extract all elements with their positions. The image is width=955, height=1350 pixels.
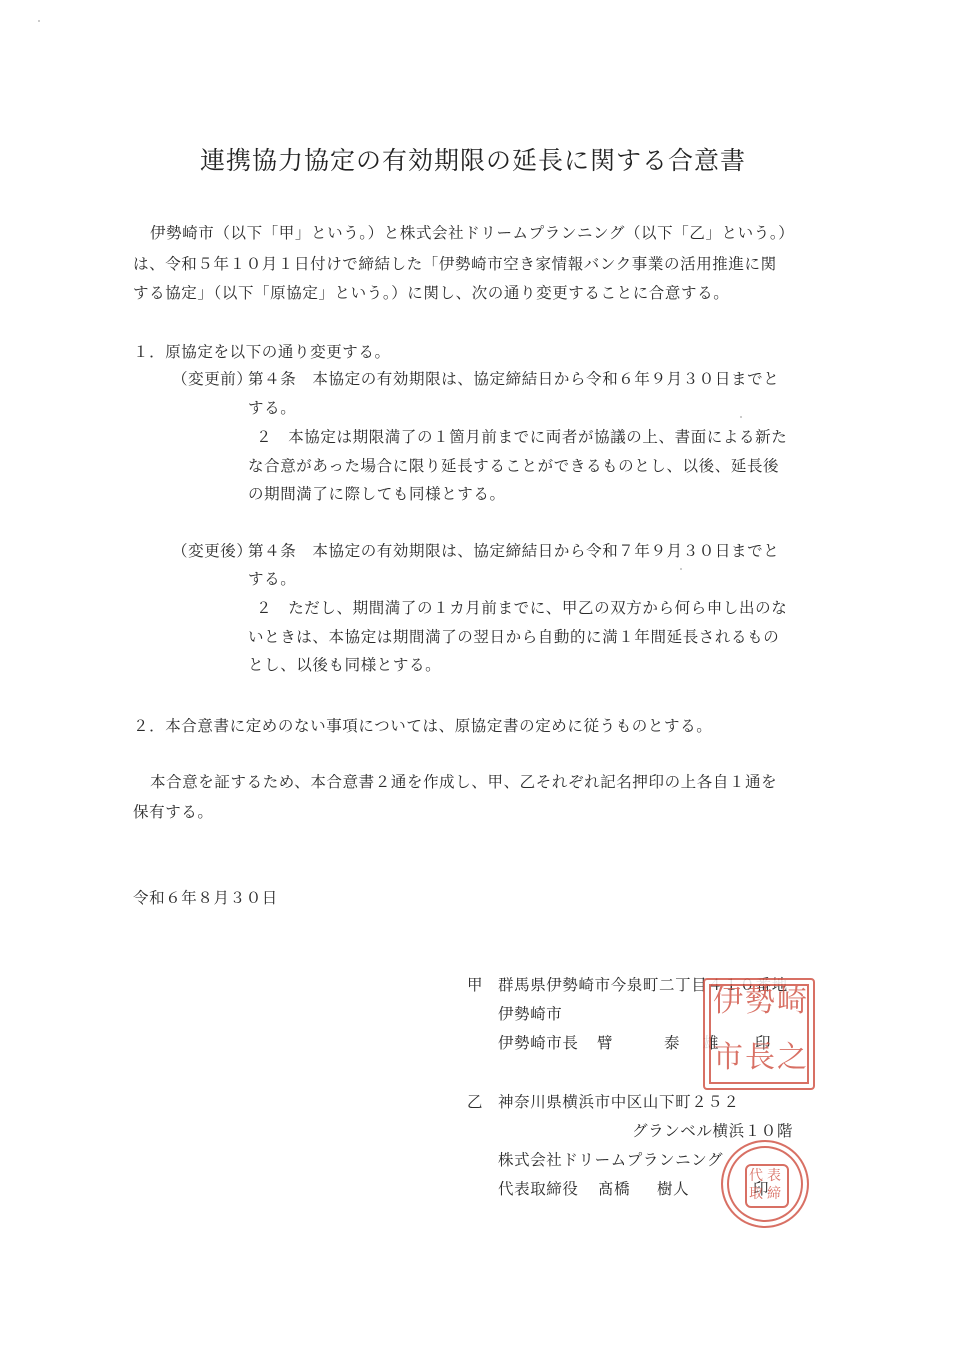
scan-speck <box>680 568 682 570</box>
after-article-line: する。 <box>248 569 296 589</box>
seal-inner-square: 代 表 取 締 <box>745 1164 789 1208</box>
before-article-line: する。 <box>248 398 296 418</box>
party-a-official-seal: 伊 市 勢 長 崎 之 <box>703 978 815 1090</box>
party-a-surname: 臂 <box>597 1033 613 1053</box>
party-b-address-line2: グランベル横浜１０階 <box>632 1121 793 1141</box>
section-1-heading: １．原協定を以下の通り変更する。 <box>133 342 391 362</box>
after-label: （変更後） <box>172 541 253 561</box>
closing-line: 保有する。 <box>133 802 214 822</box>
seal-char: 代 <box>749 1168 763 1184</box>
before-label: （変更前） <box>172 369 253 389</box>
document-title: 連携協力協定の有効期限の延長に関する合意書 <box>200 144 770 178</box>
seal-char: 勢 <box>745 986 775 1018</box>
section-2-heading: ２．本合意書に定めのない事項については、原協定書の定めに従うものとする。 <box>133 716 712 736</box>
seal-char: 之 <box>777 1042 807 1074</box>
party-a-organization: 伊勢崎市 <box>498 1004 562 1024</box>
seal-char: 締 <box>767 1186 781 1202</box>
seal-char: 長 <box>745 1042 775 1074</box>
party-b-address-line1: 神奈川県横浜市中区山下町２５２ <box>498 1092 740 1112</box>
party-b-mark: 乙 <box>467 1092 483 1112</box>
seal-char: 表 <box>767 1168 781 1184</box>
after-item2-line: いときは、本協定は期間満了の翌日から自動的に満１年間延長されるもの <box>248 627 779 647</box>
preamble-line: する協定」（以下「原協定」という。）に関し、次の通り変更することに合意する。 <box>133 283 729 303</box>
party-b-title: 代表取締役 <box>498 1179 579 1199</box>
seal-char: 市 <box>713 1042 743 1074</box>
before-item2-line: ２ 本協定は期限満了の１箇月前までに両者が協議の上、書面による新た <box>256 427 787 447</box>
party-b-given-name: 樹人 <box>657 1179 689 1199</box>
scan-speck <box>740 416 742 418</box>
party-b-surname: 髙橋 <box>598 1179 630 1199</box>
after-article-line: 第４条 本協定の有効期限は、協定締結日から令和７年９月３０日までと <box>248 541 779 561</box>
preamble-line: は、令和５年１０月１日付けで締結した「伊勢崎市空き家情報バンク事業の活用推進に関 <box>133 254 777 274</box>
seal-char: 取 <box>749 1186 763 1202</box>
seal-char: 伊 <box>713 986 743 1018</box>
before-item2-line: な合意があった場合に限り延長することができるものとし、以後、延長後 <box>248 456 779 476</box>
party-a-title: 伊勢崎市長 <box>498 1033 579 1053</box>
before-article-line: 第４条 本協定の有効期限は、協定締結日から令和６年９月３０日までと <box>248 369 779 389</box>
party-a-mark: 甲 <box>467 975 483 995</box>
party-b-company-seal: 代 表 取 締 <box>721 1140 809 1228</box>
seal-char: 崎 <box>777 986 807 1018</box>
party-b-organization: 株式会社ドリームプランニング <box>498 1150 723 1170</box>
scan-speck <box>38 20 40 22</box>
document-page: 連携協力協定の有効期限の延長に関する合意書 伊勢崎市（以下「甲」という。）と株式… <box>0 0 955 1350</box>
closing-line: 本合意を証するため、本合意書２通を作成し、甲、乙それぞれ記名押印の上各自１通を <box>150 772 777 792</box>
after-item2-line: ２ ただし、期間満了の１カ月前までに、甲乙の双方から何ら申し出のな <box>256 598 787 618</box>
after-item2-line: とし、以後も同様とする。 <box>248 655 441 675</box>
before-item2-line: の期間満了に際しても同様とする。 <box>248 484 506 504</box>
preamble-line: 伊勢崎市（以下「甲」という。）と株式会社ドリームプランニング（以下「乙」という。… <box>150 223 794 243</box>
agreement-date: 令和６年８月３０日 <box>133 888 278 908</box>
party-a-given-name-1: 泰 <box>664 1033 680 1053</box>
